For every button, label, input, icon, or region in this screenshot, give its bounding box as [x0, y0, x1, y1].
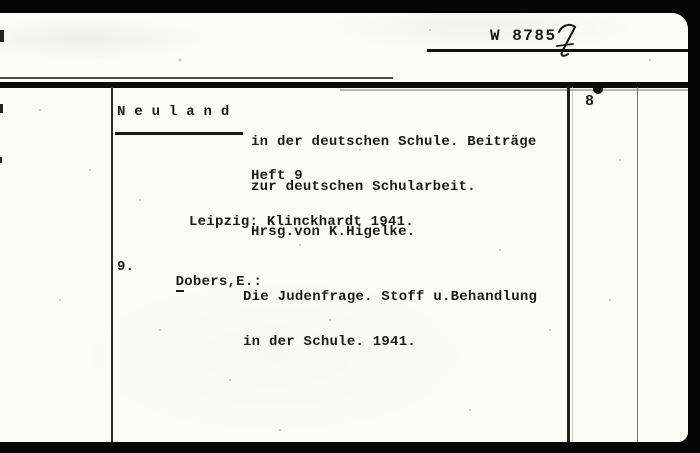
scanned-catalog-card: W 8785 8 N e u l a n d in der deutschen … [0, 0, 700, 453]
call-number-underline [427, 49, 688, 52]
thick-divider-rule [0, 82, 688, 88]
right-column-rule [567, 87, 570, 442]
entry-number: 9. [117, 260, 134, 275]
series-name-underline [115, 132, 243, 135]
scan-edge-artifact [0, 104, 3, 113]
issue-label: Heft 9 [251, 169, 303, 184]
far-right-column-rule [637, 87, 639, 442]
series-line: in der deutschen Schule. Beiträge [251, 135, 537, 150]
entry-author-initial: D [176, 274, 185, 292]
handwritten-z-mark [555, 21, 581, 61]
series-description: in der deutschen Schule. Beiträge zur de… [251, 105, 537, 270]
call-number: W 8785 [490, 29, 557, 44]
margin-number: 8 [585, 94, 594, 109]
scan-edge-artifact [0, 30, 4, 42]
thin-top-rule [0, 77, 393, 79]
right-column-rule-echo [572, 87, 573, 442]
entry-title-line: in der Schule. 1941. [243, 335, 537, 350]
scan-edge-artifact [0, 157, 2, 163]
series-name: N e u l a n d [117, 105, 229, 120]
ink-blot [593, 84, 603, 94]
left-column-rule [111, 87, 113, 442]
imprint: Leipzig: Klinckhardt 1941. [189, 215, 414, 230]
entry-title-line: Die Judenfrage. Stoff u.Behandlung [243, 290, 537, 305]
entry-title: Die Judenfrage. Stoff u.Behandlung in de… [243, 260, 537, 380]
